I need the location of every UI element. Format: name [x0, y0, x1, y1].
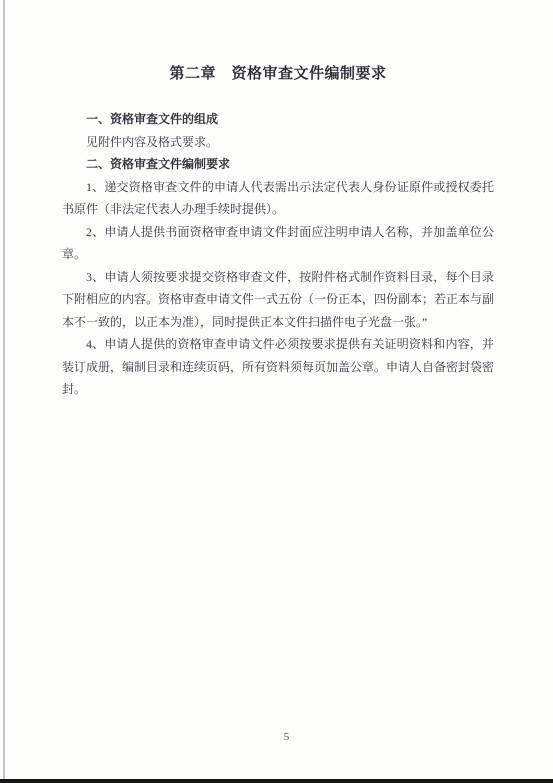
paragraph: 4、申请人提供的资格审查申请文件必须按要求提供有关证明资料和内容，并装订成册，编…	[62, 333, 494, 401]
paragraph: 见附件内容及格式要求。	[62, 131, 494, 154]
scan-edge-line	[3, 0, 5, 783]
page-number: 5	[0, 730, 553, 744]
paragraph: 1、递交资格审查文件的申请人代表需出示法定代表人身份证原件或授权委托书原件（非法…	[62, 176, 494, 221]
document-page: 第二章 资格审查文件编制要求 一、资格审查文件的组成 见附件内容及格式要求。 二…	[0, 0, 553, 783]
chapter-title: 第二章 资格审查文件编制要求	[62, 64, 494, 84]
document-content: 第二章 资格审查文件编制要求 一、资格审查文件的组成 见附件内容及格式要求。 二…	[62, 0, 494, 401]
scan-bottom-bar	[0, 779, 553, 783]
paragraph: 3、申请人须按要求提交资格审查文件，按附件格式制作资料目录，每个目录下附相应的内…	[62, 266, 494, 334]
paragraph: 2、申请人提供书面资格审查申请文件封面应注明申请人名称，并加盖单位公章。	[62, 221, 494, 266]
section-heading-1: 一、资格审查文件的组成	[62, 108, 494, 131]
section-heading-2: 二、资格审查文件编制要求	[62, 153, 494, 176]
